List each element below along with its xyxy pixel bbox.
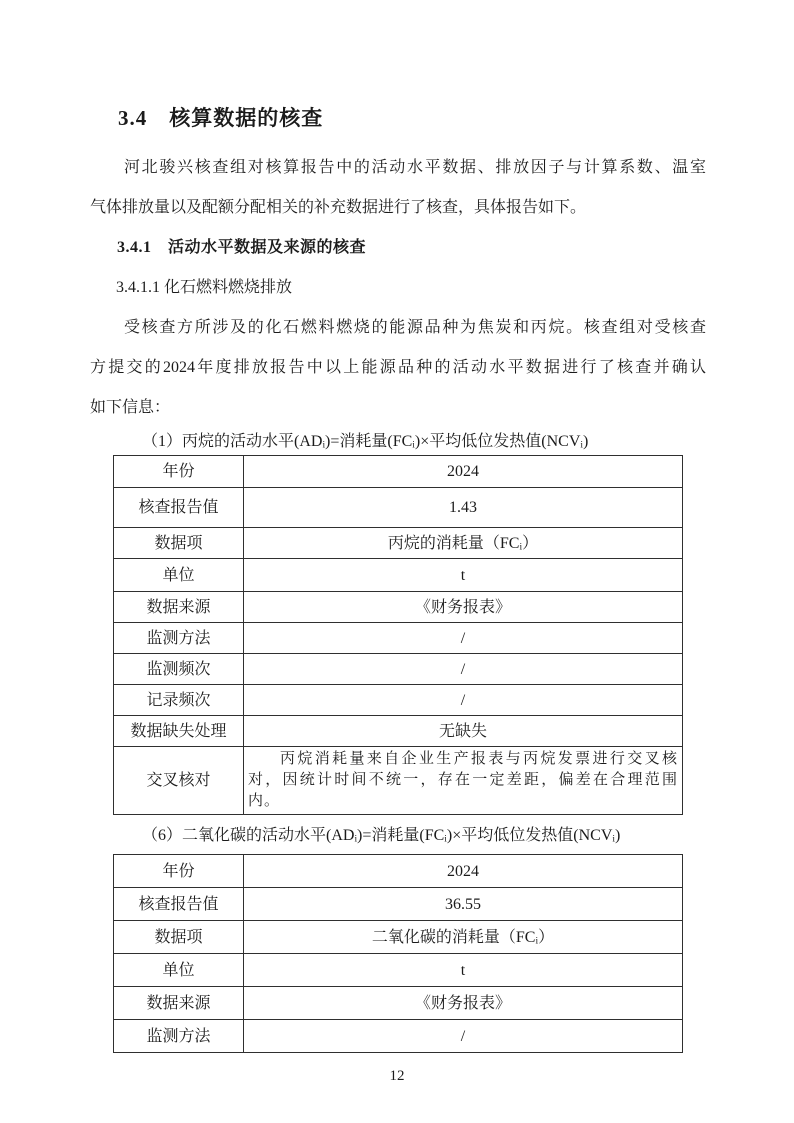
table-row: 监测方法/ (114, 1020, 683, 1053)
row-value: / (244, 685, 683, 716)
row-label: 单位 (114, 559, 244, 592)
section-heading-3-4: 3.4 核算数据的核查 (118, 102, 706, 134)
table-row: 监测频次/ (114, 654, 683, 685)
paragraph-line: 受核查方所涉及的化石燃料燃烧的能源品种为焦炭和丙烷。核查组对受核查 (90, 308, 706, 348)
row-label: 年份 (114, 855, 244, 888)
intro-paragraph: 河北骏兴核查组对核算报告中的活动水平数据、排放因子与计算系数、温室 气体排放量以… (0, 148, 794, 228)
table-row: 数据缺失处理无缺失 (114, 716, 683, 747)
formula-item-1-propane: （1）丙烷的活动水平(ADᵢ)=消耗量(FCᵢ)×平均低位发热值(NCVᵢ) (142, 428, 794, 455)
section-heading-3-4-1-1: 3.4.1.1 化石燃料燃烧排放 (116, 268, 794, 308)
table-row: 核查报告值36.55 (114, 888, 683, 921)
row-value: t (244, 954, 683, 987)
row-label: 数据缺失处理 (114, 716, 244, 747)
row-value: 丙烷的消耗量（FCᵢ） (244, 528, 683, 559)
row-label: 监测频次 (114, 654, 244, 685)
row-label: 数据项 (114, 528, 244, 559)
paragraph-line: 气体排放量以及配额分配相关的补充数据进行了核查，具体报告如下。 (90, 188, 706, 228)
row-value: 《财务报表》 (244, 592, 683, 623)
table-row: 数据来源《财务报表》 (114, 592, 683, 623)
document-page: 3.4 核算数据的核查 河北骏兴核查组对核算报告中的活动水平数据、排放因子与计算… (0, 0, 794, 1123)
table-row: 监测方法/ (114, 623, 683, 654)
row-value: 2024 (244, 456, 683, 488)
table-row: 年份2024 (114, 456, 683, 488)
row-label: 数据来源 (114, 987, 244, 1020)
row-value: 36.55 (244, 888, 683, 921)
row-value: 1.43 (244, 488, 683, 528)
section-heading-3-4-1: 3.4.1 活动水平数据及来源的核查 (117, 228, 794, 268)
row-value: t (244, 559, 683, 592)
paragraph-line: 如下信息： (90, 388, 706, 428)
table-row: 数据项丙烷的消耗量（FCᵢ） (114, 528, 683, 559)
row-label: 核查报告值 (114, 888, 244, 921)
table-row: 单位t (114, 954, 683, 987)
row-value: 丙烷消耗量来自企业生产报表与丙烷发票进行交叉核对，因统计时间不统一，存在一定差距… (244, 747, 683, 815)
row-label: 监测方法 (114, 1020, 244, 1053)
row-value: / (244, 623, 683, 654)
table-row: 年份2024 (114, 855, 683, 888)
table-row: 核查报告值1.43 (114, 488, 683, 528)
activity-table-co2: 年份2024核查报告值36.55数据项二氧化碳的消耗量（FCᵢ）单位t数据来源《… (113, 854, 683, 1053)
row-label: 核查报告值 (114, 488, 244, 528)
table-row: 交叉核对丙烷消耗量来自企业生产报表与丙烷发票进行交叉核对，因统计时间不统一，存在… (114, 747, 683, 815)
row-label: 数据项 (114, 921, 244, 954)
table-row: 数据项二氧化碳的消耗量（FCᵢ） (114, 921, 683, 954)
row-label: 年份 (114, 456, 244, 488)
row-value: / (244, 654, 683, 685)
page-number: 12 (0, 1065, 794, 1087)
row-value: / (244, 1020, 683, 1053)
row-label: 单位 (114, 954, 244, 987)
table-row: 单位t (114, 559, 683, 592)
row-value: 无缺失 (244, 716, 683, 747)
row-label: 交叉核对 (114, 747, 244, 815)
paragraph-line: 河北骏兴核查组对核算报告中的活动水平数据、排放因子与计算系数、温室 (90, 148, 706, 188)
table-row: 数据来源《财务报表》 (114, 987, 683, 1020)
row-label: 数据来源 (114, 592, 244, 623)
row-value: 《财务报表》 (244, 987, 683, 1020)
row-label: 监测方法 (114, 623, 244, 654)
row-label: 记录频次 (114, 685, 244, 716)
paragraph-line: 方提交的2024年度排放报告中以上能源品种的活动水平数据进行了核查并确认 (90, 348, 706, 388)
row-value: 2024 (244, 855, 683, 888)
activity-table-propane: 年份2024核查报告值1.43数据项丙烷的消耗量（FCᵢ）单位t数据来源《财务报… (113, 455, 683, 815)
table-row: 记录频次/ (114, 685, 683, 716)
fossil-fuel-paragraph: 受核查方所涉及的化石燃料燃烧的能源品种为焦炭和丙烷。核查组对受核查 方提交的20… (0, 308, 794, 428)
formula-item-6-co2: （6）二氧化碳的活动水平(ADᵢ)=消耗量(FCᵢ)×平均低位发热值(NCVᵢ) (142, 823, 794, 849)
row-value: 二氧化碳的消耗量（FCᵢ） (244, 921, 683, 954)
